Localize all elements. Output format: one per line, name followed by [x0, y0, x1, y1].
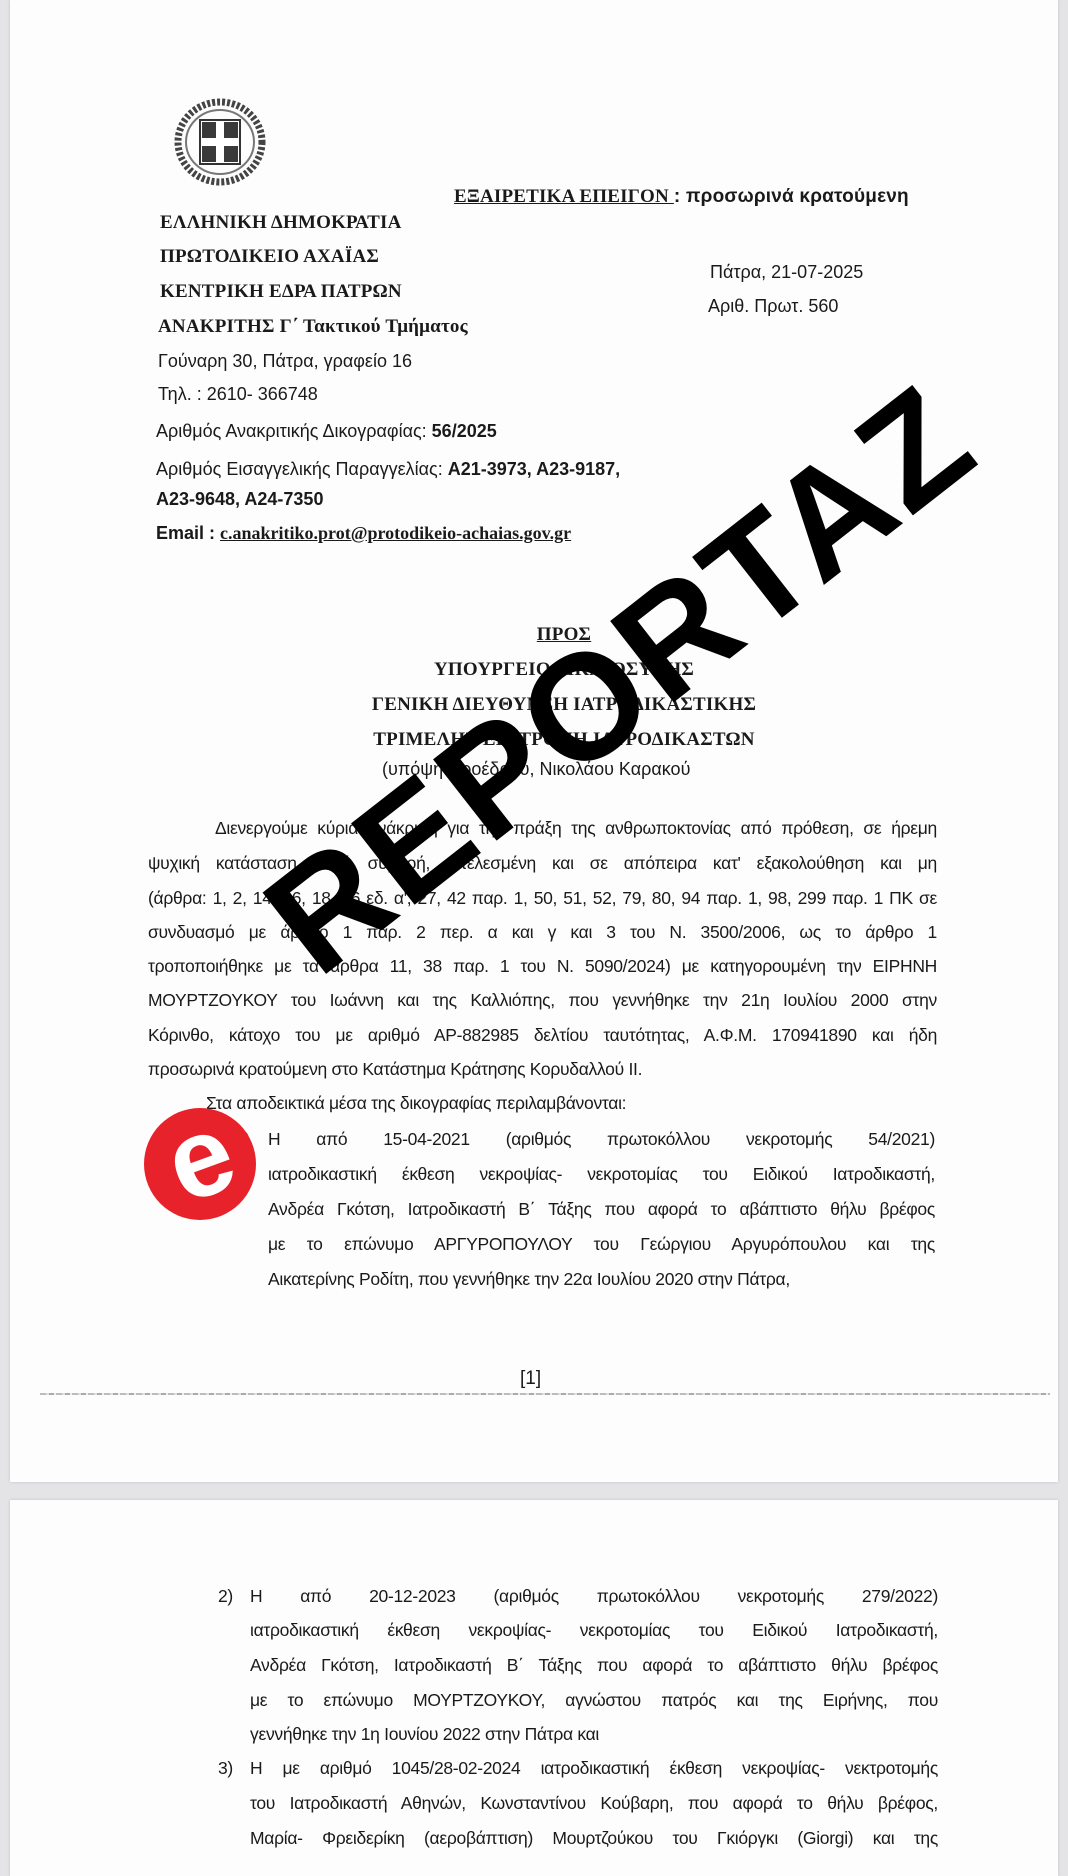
case-number-line: Αριθμός Ανακριτικής Δικογραφίας: 56/2025 — [156, 421, 497, 442]
body-line-5: τροποποιήθηκε με τα άρθρα 11, 38 παρ. 1 … — [148, 956, 937, 977]
order-numbers-line: Αριθμός Εισαγγελικής Παραγγελίας: Α21-39… — [156, 459, 620, 480]
email-label: Email : — [156, 523, 220, 543]
page-number: [1] — [520, 1368, 541, 1390]
document-page-2: 2) Η από 20-12-2023 (αριθμός πρωτοκόλλου… — [10, 1500, 1058, 1876]
body-line-4: συνδυασμό με άρθρο 1 παρ. 2 περ. α και γ… — [148, 922, 937, 943]
item-1-line-1: Η από 15-04-2021 (αριθμός πρωτοκόλλου νε… — [268, 1129, 935, 1150]
authority-line-3: ΚΕΝΤΡΙΚΗ ΕΔΡΑ ΠΑΤΡΩΝ — [160, 281, 402, 303]
footer-rule — [40, 1393, 1050, 1395]
item-1-line-4: με το επώνυμο ΑΡΓΥΡΟΠΟΥΛΟΥ του Γεώργιου … — [268, 1234, 935, 1255]
urgent-note: : προσωρινά κρατούμενη — [674, 186, 909, 207]
item-2-line-1: Η από 20-12-2023 (αριθμός πρωτοκόλλου νε… — [250, 1586, 938, 1607]
authority-line-1: ΕΛΛΗΝΙΚΗ ΔΗΜΟΚΡΑΤΙΑ — [160, 212, 402, 234]
body-line-7: Κόρινθο, κάτοχο του με αριθμό ΑΡ-882985 … — [148, 1025, 937, 1046]
order-numbers-line-2: Α23-9648, Α24-7350 — [156, 489, 323, 510]
item-3-number: 3) — [218, 1758, 233, 1779]
email-link[interactable]: c.anakritiko.prot@protodikeio-achaias.go… — [220, 523, 571, 543]
greek-coat-of-arms-icon — [174, 98, 266, 186]
order-numbers-1: Α21-3973, Α23-9187, — [448, 459, 620, 479]
investigator-department: Τακτικού Τμήματος — [303, 316, 468, 337]
publisher-logo-icon: e — [144, 1108, 256, 1220]
urgency-line: ΕΞΑΙΡΕΤΙΚΑ ΕΠΕΙΓΟΝ : προσωρινά κρατούμεν… — [454, 186, 909, 208]
email-line: Email : c.anakritiko.prot@protodikeio-ac… — [156, 523, 571, 544]
protocol-number: Αριθ. Πρωτ. 560 — [708, 296, 838, 317]
item-1-line-5: Αικατερίνης Ροδίτη, που γεννήθηκε την 22… — [268, 1269, 790, 1290]
item-1-line-3: Ανδρέα Γκότση, Ιατροδικαστή Β΄ Τάξης που… — [268, 1199, 935, 1220]
item-3-line-3: Μαρία- Φρειδερίκη (αεροβάπτιση) Μουρτζού… — [250, 1828, 938, 1849]
authority-line-2: ΠΡΩΤΟΔΙΚΕΙΟ ΑΧΑΪΑΣ — [160, 246, 379, 268]
investigator-line: ΑΝΑΚΡΙΤΗΣ Γ΄ Τακτικού Τμήματος — [158, 316, 468, 338]
item-2-line-4: με το επώνυμο ΜΟΥΡΤΖΟΥΚΟΥ, αγνώστου πατρ… — [250, 1690, 938, 1711]
urgent-label: ΕΞΑΙΡΕΤΙΚΑ ΕΠΕΙΓΟΝ — [454, 186, 674, 207]
evidence-intro: Στα αποδεικτικά μέσα της δικογραφίας περ… — [206, 1093, 626, 1114]
item-3-line-2: του Ιατροδικαστή Αθηνών, Κωνσταντίνου Κο… — [250, 1793, 938, 1814]
case-number: 56/2025 — [432, 421, 497, 441]
order-numbers-label: Αριθμός Εισαγγελικής Παραγγελίας: — [156, 459, 448, 479]
body-line-6: ΜΟΥΡΤΖΟΥΚΟΥ του Ιωάννη και της Καλλιόπης… — [148, 990, 937, 1011]
case-number-label: Αριθμός Ανακριτικής Δικογραφίας: — [156, 421, 432, 441]
item-2-line-3: Ανδρέα Γκότση, Ιατροδικαστή Β΄ Τάξης που… — [250, 1655, 938, 1676]
address: Γούναρη 30, Πάτρα, γραφείο 16 — [158, 351, 412, 372]
order-numbers-2: Α23-9648, Α24-7350 — [156, 489, 323, 509]
item-1-line-2: ιατροδικαστική έκθεση νεκροψίας- νεκροτο… — [268, 1164, 935, 1185]
place-date: Πάτρα, 21-07-2025 — [710, 262, 863, 283]
item-2-number: 2) — [218, 1586, 233, 1607]
body-line-8: προσωρινά κρατούμενη στο Κατάστημα Κράτη… — [148, 1059, 642, 1080]
item-2-line-2: ιατροδικαστική έκθεση νεκροψίας- νεκροτο… — [250, 1620, 938, 1641]
phone: Τηλ. : 2610- 366748 — [158, 384, 318, 405]
item-3-line-1: Η με αριθμό 1045/28-02-2024 ιατροδικαστι… — [250, 1758, 938, 1779]
investigator-title: ΑΝΑΚΡΙΤΗΣ Γ΄ — [158, 316, 303, 337]
item-2-line-5: γεννήθηκε την 1η Ιουνίου 2022 στην Πάτρα… — [250, 1724, 599, 1745]
